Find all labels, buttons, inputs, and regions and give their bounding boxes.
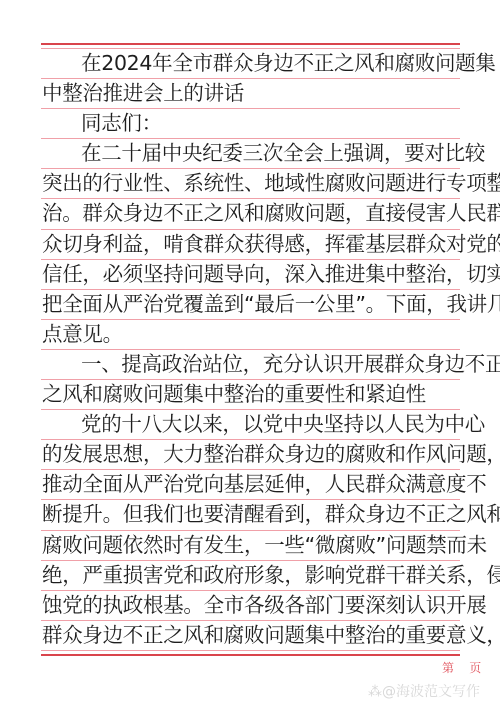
paragraph-line: 腐败问题依然时有发生，一些“微腐败”问题禁而未 (41, 531, 460, 561)
paragraph-line: 把全面从严治党覆盖到“最后一公里”。下面，我讲几 (41, 290, 460, 320)
top-red-rule (41, 43, 460, 45)
paragraph-line: 突出的行业性、系统性、地域性腐败问题进行专项整 (41, 169, 460, 199)
paragraph-line: 的发展思想，大力整治群众身边的腐败和作风问题， (41, 440, 460, 470)
paragraph-line: 众切身利益，啃食群众获得感，挥霍基层群众对党的 (41, 230, 460, 260)
paragraph-line: 治。群众身边不正之风和腐败问题，直接侵害人民群 (41, 199, 460, 229)
paragraph-line: 在二十届中央纪委三次全会上强调，要对比较 (41, 139, 460, 169)
letter-paper: 在2024年全市群众身边不正之风和腐败问题集 中整治推进会上的讲话 同志们： 在… (41, 0, 460, 707)
section-heading-line: 之风和腐败问题集中整治的重要性和紧迫性 (41, 380, 460, 410)
paragraph-line: 党的十八大以来，以党中央坚持以人民为中心 (41, 410, 460, 440)
title-line: 在2024年全市群众身边不正之风和腐败问题集 (41, 49, 460, 79)
title-line: 中整治推进会上的讲话 (41, 79, 460, 109)
salutation: 同志们： (41, 109, 460, 139)
watermark: ⁂@海波范文写作 (368, 681, 480, 701)
paragraph-line: 蚀党的执政根基。全市各级各部门要深刻认识开展 (41, 591, 460, 621)
paragraph-line: 断提升。但我们也要清醒看到，群众身边不正之风和 (41, 500, 460, 530)
section-heading-line: 一、提高政治站位，充分认识开展群众身边不正 (41, 350, 460, 380)
bottom-red-rule (41, 654, 460, 656)
ruled-text-body: 在2024年全市群众身边不正之风和腐败问题集 中整治推进会上的讲话 同志们： 在… (41, 48, 460, 651)
paragraph-line: 推动全面从严治党向基层延伸，人民群众满意度不 (41, 470, 460, 500)
paragraph-line: 信任，必须坚持问题导向，深入推进集中整治，切实 (41, 260, 460, 290)
paragraph-line: 绝，严重损害党和政府形象，影响党群干群关系，侵 (41, 561, 460, 591)
paragraph-line: 群众身边不正之风和腐败问题集中整治的重要意义， (41, 621, 460, 651)
paragraph-line: 点意见。 (41, 320, 460, 350)
page-number-label: 第 页 (442, 659, 481, 676)
